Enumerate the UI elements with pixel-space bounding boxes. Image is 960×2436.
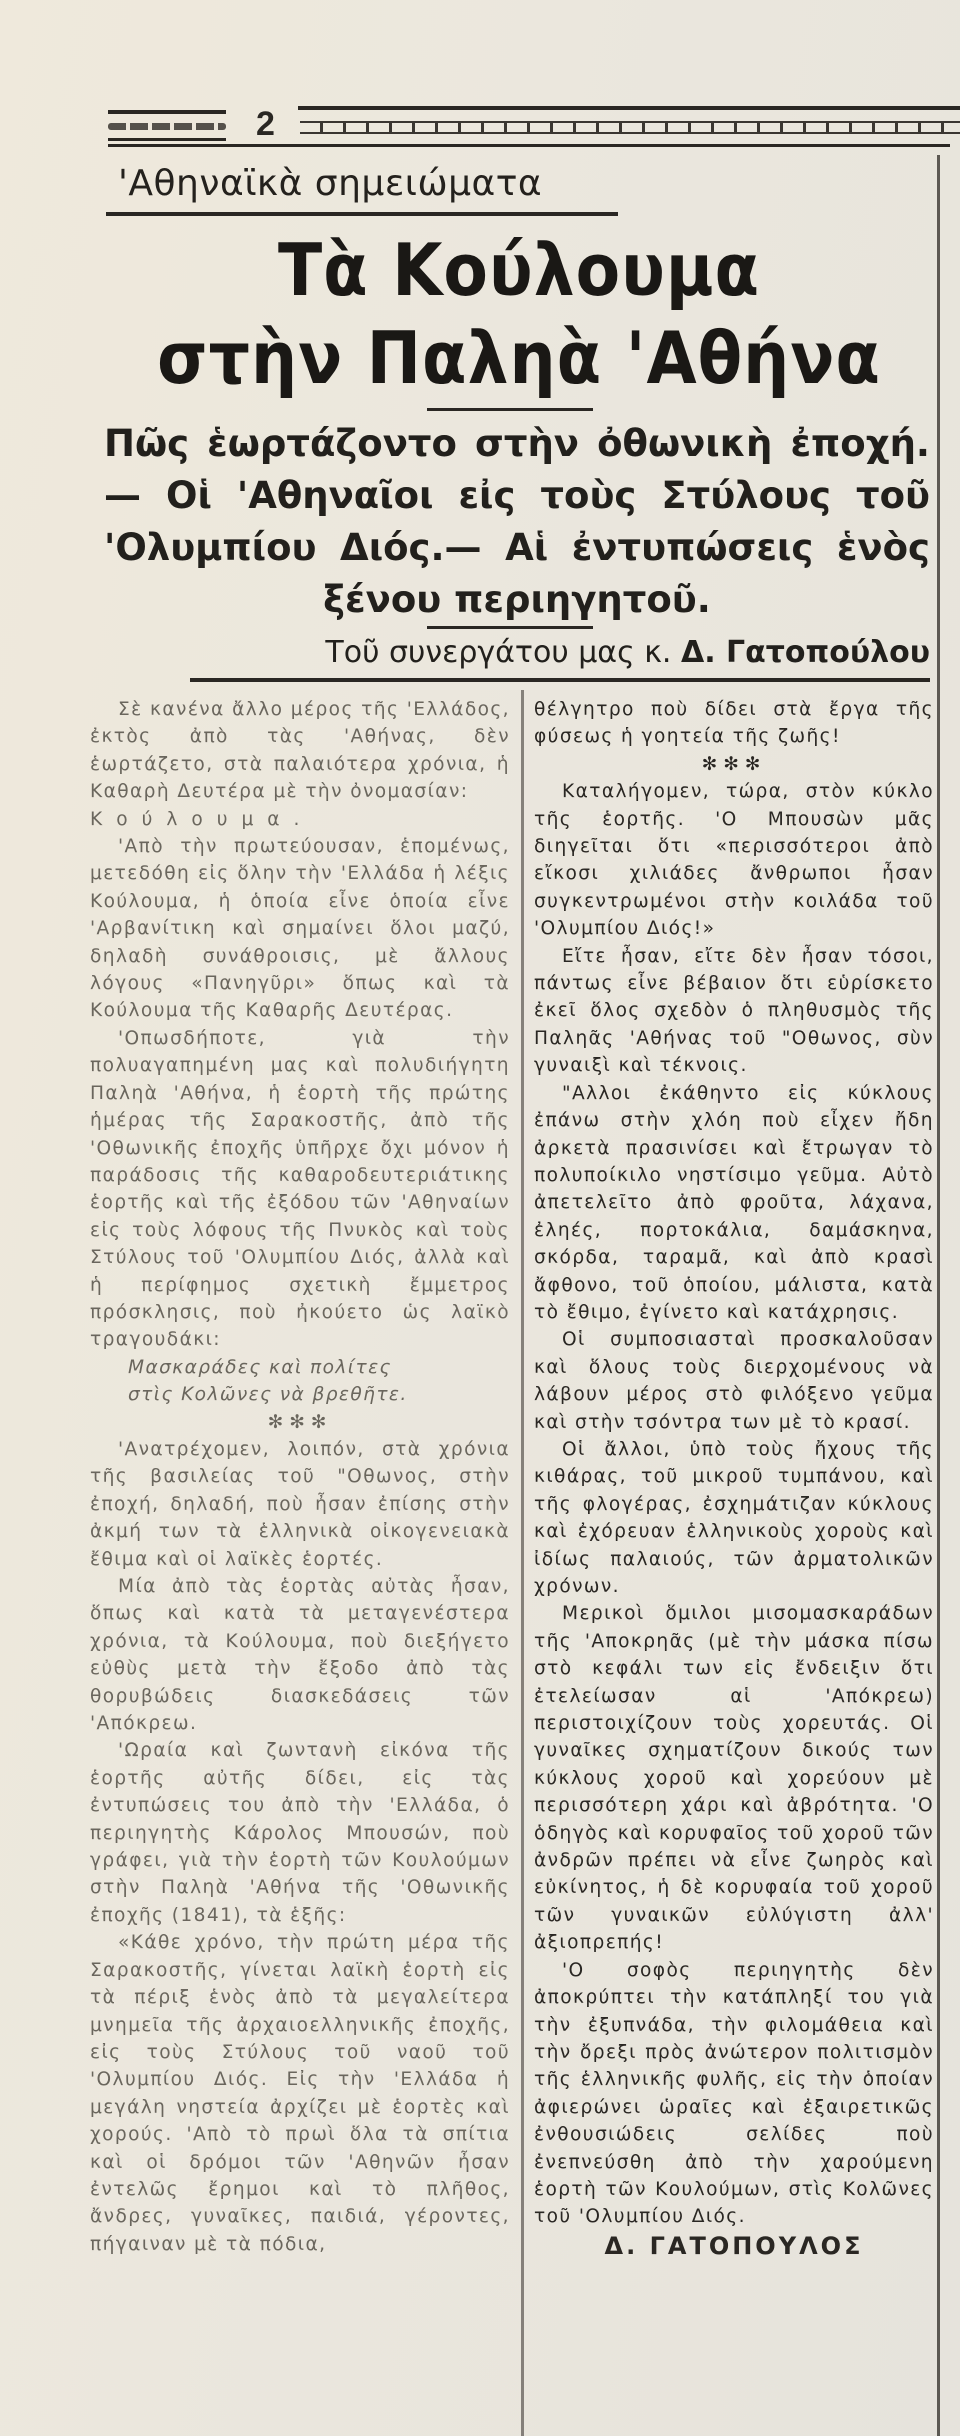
subheadline: Πῶς ἑωρτάζοντο στὴν ὀθωνικὴ ἐποχή.— Οἱ '… (104, 418, 930, 626)
paragraph: 'Ο σοφὸς περιηγητὴς δὲν ἀποκρύπτει τὴν κ… (534, 1957, 934, 2231)
section-kicker: 'Αθηναϊκὰ σημειώματα (118, 162, 542, 206)
paragraph: 'Ωραία καὶ ζωντανὴ εἰκόνα τῆς ἑορτῆς αὐτ… (90, 1737, 510, 1929)
paragraph: Οἱ συμποσιασταὶ προσκαλοῦσαν καὶ ὅλους τ… (534, 1326, 934, 1436)
headline-rule (427, 408, 593, 411)
newspaper-page: 2 'Αθηναϊκὰ σημειώματα Τὰ Κούλουμα στὴν … (0, 0, 960, 2436)
page-header: 2 (108, 106, 960, 142)
article-column-left: Σὲ κανένα ἄλλο μέρος τῆς 'Ελλάδος, ἐκτὸς… (90, 696, 510, 2258)
column-divider (521, 690, 524, 2436)
paragraph: Μερικοὶ ὅμιλοι μισομασκαράδων τῆς 'Αποκρ… (534, 1600, 934, 1956)
header-ornament (300, 121, 960, 134)
paragraph: 'Οπωσδήποτε, γιὰ τὴν πολυαγαπημένη μας κ… (90, 1025, 510, 1354)
header-rule (108, 144, 950, 147)
column-divider (937, 155, 940, 2436)
section-break: ✻✻✻ (90, 1409, 510, 1436)
byline: Τοῦ συνεργάτου μας κ. Δ. Γατοπούλου (190, 632, 930, 674)
header-rule (108, 138, 226, 141)
paragraph: "Αλλοι ἐκάθηντο εἰς κύκλους ἐπάνω στὴν χ… (534, 1080, 934, 1327)
headline-line-2: στὴν Παληὰ 'Αθήνα (104, 316, 934, 400)
page-number: 2 (256, 106, 275, 142)
header-rule (108, 110, 226, 114)
paragraph: «Κάθε χρόνο, τὴν πρώτη μέρα τῆς Σαρακοστ… (90, 1929, 510, 2258)
paragraph: Μία ἀπὸ τὰς ἑορτὰς αὐτὰς ἦσαν, ὅπως καὶ … (90, 1573, 510, 1737)
byline-prefix: Τοῦ συνεργάτου μας κ. (325, 635, 671, 670)
paragraph: θέλγητρο ποὺ δίδει στὰ ἔργα τῆς φύσεως ἡ… (534, 696, 934, 751)
section-break: ✻✻✻ (534, 751, 934, 778)
header-ornament (108, 123, 226, 130)
article-column-right: θέλγητρο ποὺ δίδει στὰ ἔργα τῆς φύσεως ἡ… (534, 696, 934, 2260)
paragraph: Σὲ κανένα ἄλλο μέρος τῆς 'Ελλάδος, ἐκτὸς… (90, 696, 510, 806)
paragraph: Καταλήγομεν, τώρα, στὸν κύκλο τῆς ἑορτῆς… (534, 778, 934, 942)
header-rule (298, 106, 960, 110)
paragraph: 'Απὸ τὴν πρωτεύουσαν, ἑπομένως, μετεδόθη… (90, 833, 510, 1025)
byline-rule (190, 678, 930, 682)
author-signature: Δ. ΓΑΤΟΠΟΥΛΟΣ (534, 2233, 934, 2260)
headline-line-1: Τὰ Κούλουμα (104, 228, 934, 312)
paragraph: Οἱ ἄλλοι, ὑπὸ τοὺς ἤχους τῆς κιθάρας, το… (534, 1436, 934, 1600)
subheadline-rule (427, 626, 593, 629)
verse-line: στὶς Κολῶνες νὰ βρεθῆτε. (90, 1381, 510, 1408)
paragraph: Κούλουμα. (90, 806, 510, 833)
kicker-underline (106, 212, 618, 216)
verse-line: Μασκαράδες καὶ πολίτες (90, 1354, 510, 1381)
paragraph: Εἴτε ἦσαν, εἴτε δὲν ἦσαν τόσοι, πάντως ε… (534, 943, 934, 1080)
paragraph: 'Ανατρέχομεν, λοιπόν, στὰ χρόνια τῆς βασ… (90, 1436, 510, 1573)
byline-author: Δ. Γατοπούλου (681, 635, 930, 670)
